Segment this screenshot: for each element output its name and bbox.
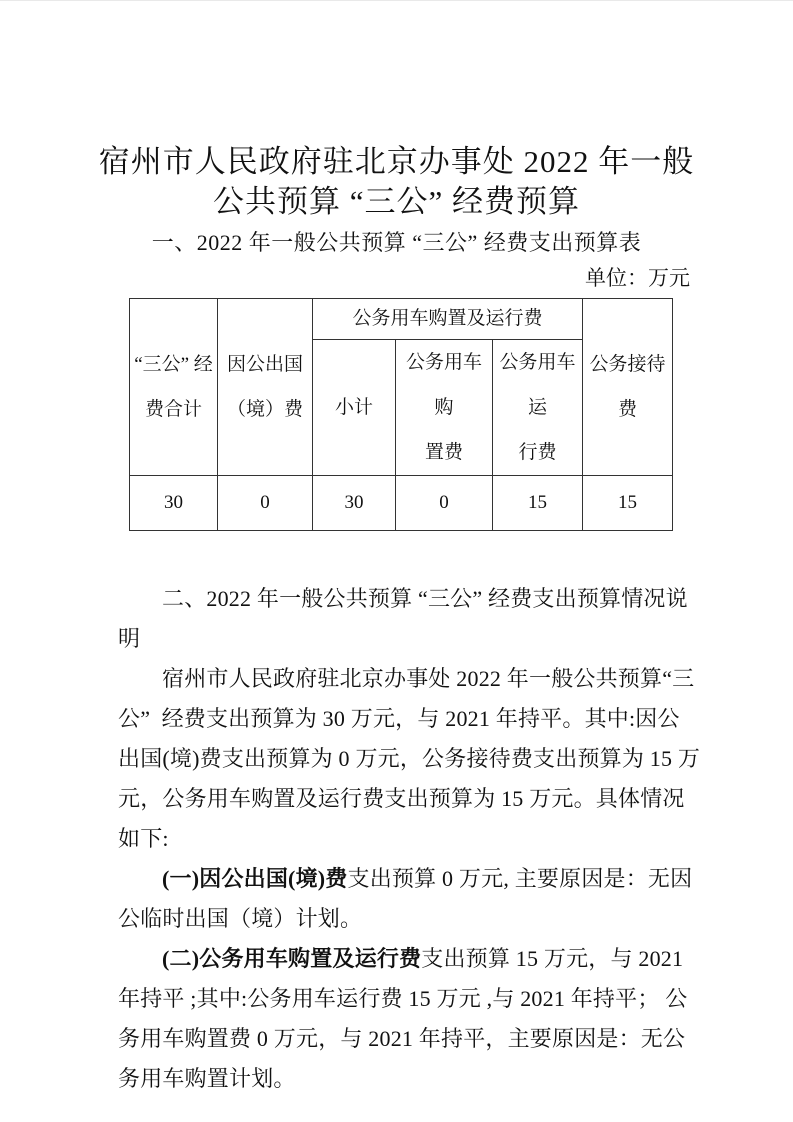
section1-heading: 一、2022 年一般公共预算 “三公” 经费支出预算表 <box>0 225 793 261</box>
vehicle-paragraph: (二)公务用车购置及运行费支出预算 15 万元，与 2021 年持平 ;其中:公… <box>118 939 793 1099</box>
summary-line3: 出国(境)费支出预算为 0 万元，公务接待费支出预算为 15 万 <box>118 739 793 779</box>
summary-paragraph: 宿州市人民政府驻北京办事处 2022 年一般公共预算“三 公” 经费支出预算为 … <box>118 659 793 859</box>
value-sangong-total: 30 <box>130 476 218 531</box>
value-vehicle-operation: 15 <box>493 476 583 531</box>
budget-table: “三公” 经 费合计 因公出国 （境）费 公务用车购置及运行费 公务接待 费 小… <box>129 298 673 531</box>
header-cell-vehicle-group: 公务用车购置及运行费 <box>313 299 583 340</box>
header-cell-abroad: 因公出国 （境）费 <box>218 299 313 476</box>
header-reception-line1: 公务接待 <box>585 342 670 387</box>
document-page: 宿州市人民政府驻北京办事处 2022 年一般 公共预算 “三公” 经费预算 一、… <box>0 0 793 1122</box>
abroad-bold-label: (一)因公出国(境)费 <box>162 866 348 891</box>
header-vehicle-operation-line1: 公务用车运 <box>495 340 580 430</box>
header-vehicle-purchase-line2: 置费 <box>398 430 490 475</box>
title-line-2: 公共预算 “三公” 经费预算 <box>0 182 793 222</box>
value-abroad: 0 <box>218 476 313 531</box>
summary-line5: 如下: <box>118 819 793 859</box>
header-cell-vehicle-subtotal: 小计 <box>313 340 396 476</box>
vehicle-line2: 年持平 ;其中:公务用车运行费 15 万元 ,与 2021 年持平； 公 <box>118 979 793 1019</box>
header-cell-reception: 公务接待 费 <box>583 299 673 476</box>
value-vehicle-purchase: 0 <box>396 476 493 531</box>
table-header-row-1: “三公” 经 费合计 因公出国 （境）费 公务用车购置及运行费 公务接待 费 <box>130 299 673 340</box>
summary-line1: 宿州市人民政府驻北京办事处 2022 年一般公共预算“三 <box>118 659 793 699</box>
header-reception-line2: 费 <box>585 387 670 432</box>
table-data-row: 30 0 30 0 15 15 <box>130 476 673 531</box>
abroad-line1: (一)因公出国(境)费支出预算 0 万元, 主要原因是：无因 <box>118 859 793 899</box>
abroad-paragraph: (一)因公出国(境)费支出预算 0 万元, 主要原因是：无因 公临时出国（境）计… <box>118 859 793 939</box>
summary-line4: 元，公务用车购置及运行费支出预算为 15 万元。具体情况 <box>118 779 793 819</box>
header-vehicle-purchase-line1: 公务用车购 <box>398 340 490 430</box>
section2-heading-line2: 明 <box>118 619 793 659</box>
header-sangong-total-line1: “三公” 经 <box>132 342 215 387</box>
document-title: 宿州市人民政府驻北京办事处 2022 年一般 公共预算 “三公” 经费预算 <box>0 142 793 222</box>
vehicle-bold-label: (二)公务用车购置及运行费 <box>162 946 421 971</box>
section2-heading: 二、2022 年一般公共预算 “三公” 经费支出预算情况说 明 <box>118 579 793 659</box>
value-vehicle-subtotal: 30 <box>313 476 396 531</box>
unit-label: 单位：万元 <box>585 266 690 290</box>
header-sangong-total-line2: 费合计 <box>132 387 215 432</box>
value-reception: 15 <box>583 476 673 531</box>
abroad-line2: 公临时出国（境）计划。 <box>118 899 793 939</box>
header-vehicle-operation-line2: 行费 <box>495 430 580 475</box>
header-cell-vehicle-purchase: 公务用车购 置费 <box>396 340 493 476</box>
vehicle-line4: 务用车购置计划。 <box>118 1059 793 1099</box>
unit-row: 单位：万元 <box>0 264 793 292</box>
header-cell-vehicle-operation: 公务用车运 行费 <box>493 340 583 476</box>
header-abroad-line1: 因公出国 <box>220 342 310 387</box>
section2-heading-line1: 二、2022 年一般公共预算 “三公” 经费支出预算情况说 <box>118 579 793 619</box>
header-cell-sangong-total: “三公” 经 费合计 <box>130 299 218 476</box>
summary-line2: 公” 经费支出预算为 30 万元，与 2021 年持平。其中:因公 <box>118 699 793 739</box>
abroad-line1-rest: 支出预算 0 万元, 主要原因是：无因 <box>348 866 693 891</box>
section2-body: 二、2022 年一般公共预算 “三公” 经费支出预算情况说 明 宿州市人民政府驻… <box>118 579 793 1099</box>
vehicle-line1: (二)公务用车购置及运行费支出预算 15 万元，与 2021 <box>118 939 793 979</box>
header-abroad-line2: （境）费 <box>220 387 310 432</box>
title-line-1: 宿州市人民政府驻北京办事处 2022 年一般 <box>0 142 793 182</box>
header-vehicle-subtotal-line1: 小计 <box>315 385 393 430</box>
vehicle-line3: 务用车购置费 0 万元，与 2021 年持平，主要原因是：无公 <box>118 1019 793 1059</box>
vehicle-line1-rest: 支出预算 15 万元，与 2021 <box>421 946 683 971</box>
